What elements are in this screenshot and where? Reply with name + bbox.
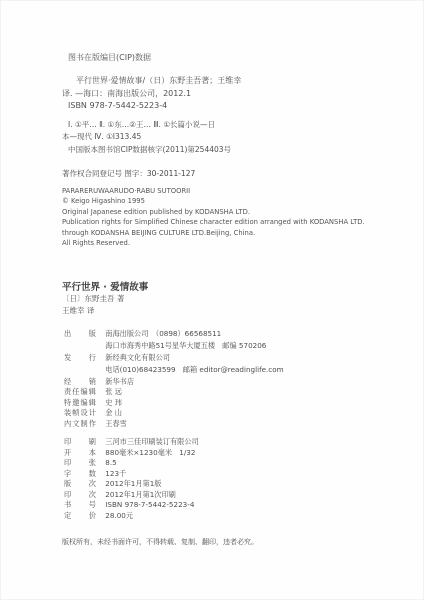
guest-editor-value: 史 玮 xyxy=(105,398,122,409)
impression-row: 印次 2012年1月第1次印刷 xyxy=(64,490,199,501)
isbn-label: 书号 xyxy=(64,500,96,511)
book-title: 平行世界 · 爱情故事 xyxy=(62,279,148,293)
cip-classification-line-1: Ⅰ. ①平… Ⅱ. ①东…②王… Ⅲ. ①长篇小说—日 xyxy=(68,119,215,130)
romanized-title: PARARERUWAARUDO·RABU SUTOORII xyxy=(62,186,365,196)
word-count-label: 字数 xyxy=(64,469,96,480)
edition-value: 2012年1月第1版 xyxy=(105,479,161,490)
responsible-editor-row: 责任编辑 张 远 xyxy=(64,387,127,398)
copyright-page: 图书在版编目(CIP)数据 平行世界·爱情故事/（日）东野圭吾著；王维幸 译. … xyxy=(0,0,424,600)
distributor-value: 新经典文化有限公司 xyxy=(105,352,170,364)
rights-notice: 版权所有，未经书面许可，不得转载、复制、翻印，违者必究。 xyxy=(62,537,258,547)
credits-block: 责任编辑 张 远 特邀编辑 史 玮 装帧设计 金 山 内文制作 王春雪 xyxy=(64,387,127,429)
distributor-contact-row: 电话(010)68423599 邮箱 editor@readinglife.co… xyxy=(64,364,284,376)
edition-label: 版次 xyxy=(64,479,96,490)
cover-design-row: 装帧设计 金 山 xyxy=(64,408,127,419)
copyright-author-year: © Keigo Higashino 1995 xyxy=(62,196,365,206)
distributor-contact-value: 电话(010)68423599 邮箱 editor@readinglife.co… xyxy=(105,364,283,376)
book-author: 〔日〕东野圭吾 著 xyxy=(62,293,124,304)
publisher-row: 出版 南海出版公司 （0898）66568511 xyxy=(64,328,284,340)
format-row: 开本 880毫米×1230毫米 1/32 xyxy=(64,448,199,459)
price-value: 28.00元 xyxy=(105,511,133,522)
publication-rights-line: Publication rights for Simplified Chines… xyxy=(62,217,365,227)
through-agency-line: through KODANSHA BEIJING CULTURE LTD.Bei… xyxy=(62,228,365,238)
cip-heading: 图书在版编目(CIP)数据 xyxy=(68,52,151,63)
guest-editor-row: 特邀编辑 史 玮 xyxy=(64,398,127,409)
printer-label: 印刷 xyxy=(64,437,96,448)
word-count-row: 字数 123千 xyxy=(64,469,199,480)
isbn-row: 书号 ISBN 978-7-5442-5223-4 xyxy=(64,500,199,511)
typesetting-value: 王春雪 xyxy=(105,419,127,430)
responsible-editor-value: 张 远 xyxy=(105,387,122,398)
distributor-row: 发行 新经典文化有限公司 xyxy=(64,352,284,364)
impression-value: 2012年1月第1次印刷 xyxy=(105,490,176,501)
cip-classification-line-2: 本—现代 Ⅳ. ①I313.45 xyxy=(62,131,141,142)
sheets-label: 印张 xyxy=(64,458,96,469)
responsible-editor-label: 责任编辑 xyxy=(64,387,96,398)
copyright-registration-number: 著作权合同登记号 图字：30-2011-127 xyxy=(62,168,195,179)
format-label: 开本 xyxy=(64,448,96,459)
impression-label: 印次 xyxy=(64,490,96,501)
printer-row: 印刷 三河市三佳印刷装订有限公司 xyxy=(64,437,199,448)
price-row: 定价 28.00元 xyxy=(64,511,199,522)
sheets-value: 8.5 xyxy=(105,458,116,469)
printer-value: 三河市三佳印刷装订有限公司 xyxy=(105,437,198,448)
cover-design-value: 金 山 xyxy=(105,408,122,419)
publisher-address-value: 海口市海秀中路51号星华大厦五楼 邮编 570206 xyxy=(105,340,266,352)
original-edition-line: Original Japanese edition published by K… xyxy=(62,207,365,217)
format-value: 880毫米×1230毫米 1/32 xyxy=(105,448,195,459)
cip-publisher-line: 译. —海口：南海出版公司，2012.1 xyxy=(62,88,191,99)
printing-info-block: 印刷 三河市三佳印刷装订有限公司 开本 880毫米×1230毫米 1/32 印张… xyxy=(64,437,199,521)
cip-record-number: 中国版本图书馆CIP数据核字(2011)第254403号 xyxy=(68,144,231,155)
publisher-info-block: 出版 南海出版公司 （0898）66568511 海口市海秀中路51号星华大厦五… xyxy=(64,328,284,388)
cip-title-line: 平行世界·爱情故事/（日）东野圭吾著；王维幸 xyxy=(76,75,241,86)
publisher-label: 出版 xyxy=(64,328,96,340)
price-label: 定价 xyxy=(64,511,96,522)
publisher-value: 南海出版公司 （0898）66568511 xyxy=(105,328,221,340)
cip-isbn-line: ISBN 978-7-5442-5223-4 xyxy=(68,101,167,110)
distributor-label: 发行 xyxy=(64,352,96,364)
all-rights-reserved-line: All Rights Reserved. xyxy=(62,238,365,248)
typesetting-label: 内文制作 xyxy=(64,419,96,430)
typesetting-row: 内文制作 王春雪 xyxy=(64,419,127,430)
edition-row: 版次 2012年1月第1版 xyxy=(64,479,199,490)
word-count-value: 123千 xyxy=(105,469,126,480)
cover-design-label: 装帧设计 xyxy=(64,408,96,419)
sheets-row: 印张 8.5 xyxy=(64,458,199,469)
english-rights-block: PARARERUWAARUDO·RABU SUTOORII © Keigo Hi… xyxy=(62,186,365,248)
publisher-address-row: 海口市海秀中路51号星华大厦五楼 邮编 570206 xyxy=(64,340,284,352)
book-translator: 王维幸 译 xyxy=(62,305,94,316)
isbn-value: ISBN 978-7-5442-5223-4 xyxy=(105,500,194,511)
guest-editor-label: 特邀编辑 xyxy=(64,398,96,409)
